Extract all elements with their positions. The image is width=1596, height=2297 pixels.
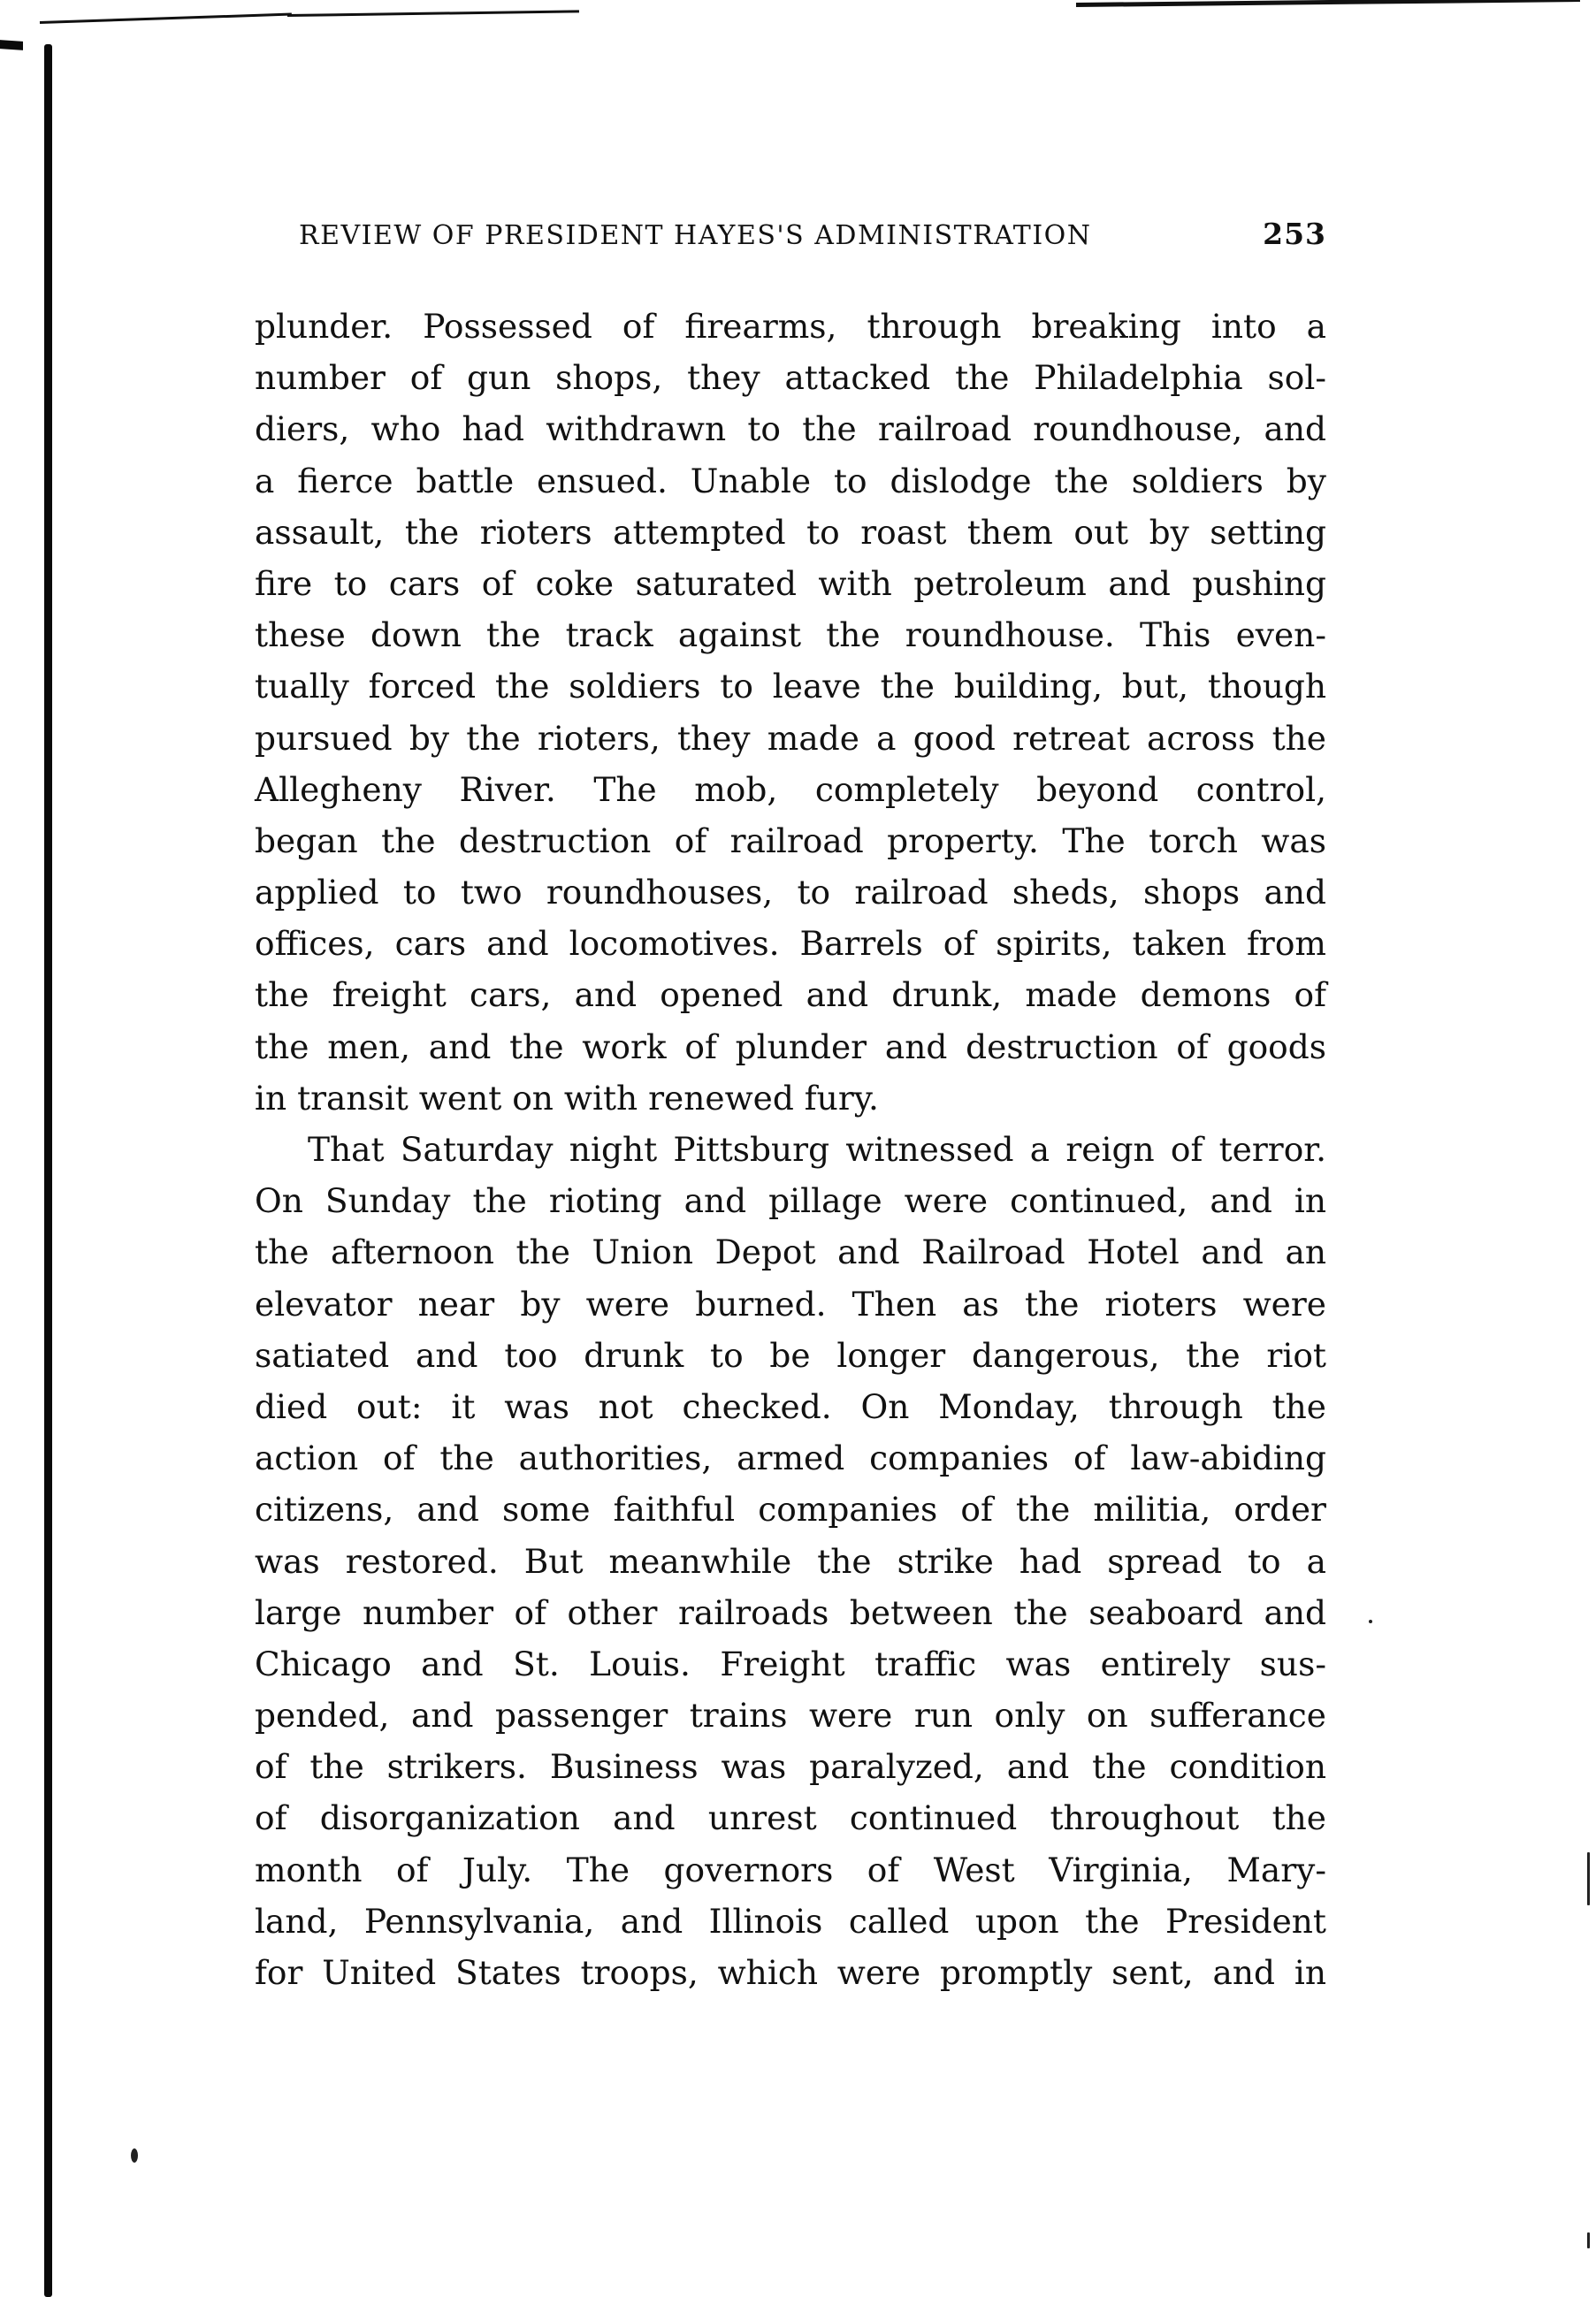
scan-ink-speck xyxy=(1587,2232,1590,2248)
text-line: was restored. But meanwhile the strike h… xyxy=(255,1536,1326,1587)
text-line: satiated and too drunk to be longer dang… xyxy=(255,1330,1326,1381)
text-line: assault, the rioters attempted to roast … xyxy=(255,507,1326,558)
text-line: the afternoon the Union Depot and Railro… xyxy=(255,1226,1326,1278)
running-head-title: REVIEW OF PRESIDENT HAYES'S ADMINISTRATI… xyxy=(299,220,1092,251)
text-line: month of July. The governors of West Vir… xyxy=(255,1844,1326,1896)
text-line: the freight cars, and opened and drunk, … xyxy=(255,969,1326,1020)
text-line: Allegheny River. The mob, completely bey… xyxy=(255,764,1326,815)
scan-binding-edge xyxy=(44,44,52,2297)
text-line: these down the track against the roundho… xyxy=(255,609,1326,660)
text-line: of disorganization and unrest continued … xyxy=(255,1792,1326,1843)
scan-top-rule xyxy=(40,13,292,24)
scan-ink-speck xyxy=(131,2148,138,2163)
scan-ink-speck xyxy=(1369,1620,1372,1623)
scan-ink-speck xyxy=(1587,1852,1590,1905)
text-line: the men, and the work of plunder and des… xyxy=(255,1021,1326,1072)
page-number: 253 xyxy=(1263,217,1326,251)
scan-top-rule xyxy=(287,10,579,17)
paragraph: plunder. Possessed of firearms, through … xyxy=(255,301,1326,1124)
text-line: diers, who had withdrawn to the railroad… xyxy=(255,403,1326,454)
text-line: pended, and passenger trains were run on… xyxy=(255,1690,1326,1741)
text-line: Chicago and St. Louis. Freight traffic w… xyxy=(255,1638,1326,1690)
text-line: offices, cars and locomotives. Barrels o… xyxy=(255,918,1326,969)
scan-binding-edge-hook xyxy=(0,40,23,50)
text-line: began the destruction of railroad proper… xyxy=(255,815,1326,866)
body-text: plunder. Possessed of firearms, through … xyxy=(255,301,1326,1998)
text-line: land, Pennsylvania, and Illinois called … xyxy=(255,1896,1326,1947)
text-line: number of gun shops, they attacked the P… xyxy=(255,352,1326,403)
text-line: in transit went on with renewed fury. xyxy=(255,1072,1326,1124)
text-line: tually forced the soldiers to leave the … xyxy=(255,660,1326,712)
text-line: died out: it was not checked. On Monday,… xyxy=(255,1381,1326,1432)
paragraph: That Saturday night Pittsburg witnessed … xyxy=(255,1124,1326,1998)
scan-top-rule xyxy=(1076,0,1580,7)
text-line: of the strikers. Business was paralyzed,… xyxy=(255,1741,1326,1792)
text-line: large number of other railroads between … xyxy=(255,1587,1326,1638)
text-line: elevator near by were burned. Then as th… xyxy=(255,1278,1326,1330)
text-line: action of the authorities, armed compani… xyxy=(255,1432,1326,1484)
text-line: fire to cars of coke saturated with petr… xyxy=(255,558,1326,609)
text-line: citizens, and some faithful companies of… xyxy=(255,1484,1326,1535)
text-line: applied to two roundhouses, to railroad … xyxy=(255,866,1326,918)
text-line: a fierce battle ensued. Unable to dislod… xyxy=(255,455,1326,507)
text-line: That Saturday night Pittsburg witnessed … xyxy=(255,1124,1326,1175)
text-line: On Sunday the rioting and pillage were c… xyxy=(255,1175,1326,1226)
text-line: plunder. Possessed of firearms, through … xyxy=(255,301,1326,352)
text-line: pursued by the rioters, they made a good… xyxy=(255,713,1326,764)
text-line: for United States troops, which were pro… xyxy=(255,1947,1326,1998)
running-head: REVIEW OF PRESIDENT HAYES'S ADMINISTRATI… xyxy=(299,217,1326,251)
